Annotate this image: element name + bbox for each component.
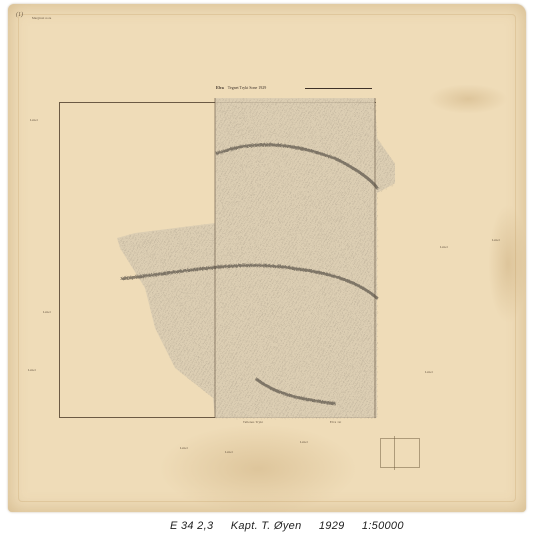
caption-sheet-number: E 34 2,3 (170, 520, 213, 532)
title-sub: Tegnet Trykt Sone 1929 (228, 85, 267, 90)
topographic-map (115, 98, 395, 420)
margin-note: Label (30, 118, 38, 122)
bottom-label: Tellenes Trykt (243, 420, 263, 424)
caption-surveyor: Kapt. T. Øyen (231, 520, 302, 532)
margin-note: Label (492, 238, 500, 242)
index-diagram (380, 438, 420, 468)
corner-annotation: (1) (16, 12, 23, 18)
margin-note: Label (425, 370, 433, 374)
scale-bar (305, 88, 372, 91)
margin-note: Label (300, 440, 308, 444)
margin-note: Label (180, 446, 188, 450)
paper-stain (158, 424, 358, 514)
margin-note: Label (440, 245, 448, 249)
caption-scale: 1:50000 (362, 520, 404, 532)
title-main: Elva (216, 85, 224, 90)
paper-stain (428, 84, 508, 114)
margin-note: Label (43, 310, 51, 314)
margin-note: Marginal note (32, 16, 51, 20)
bottom-label: Elva 1st (330, 420, 341, 424)
paper-stain (488, 204, 528, 324)
handwritten-caption: E 34 2,3 Kapt. T. Øyen 1929 1:50000 (170, 520, 418, 532)
margin-note: Label (28, 368, 36, 372)
map-title: Elva Tegnet Trykt Sone 1929 (216, 85, 266, 90)
caption-year: 1929 (319, 520, 345, 532)
margin-note: Label (225, 450, 233, 454)
